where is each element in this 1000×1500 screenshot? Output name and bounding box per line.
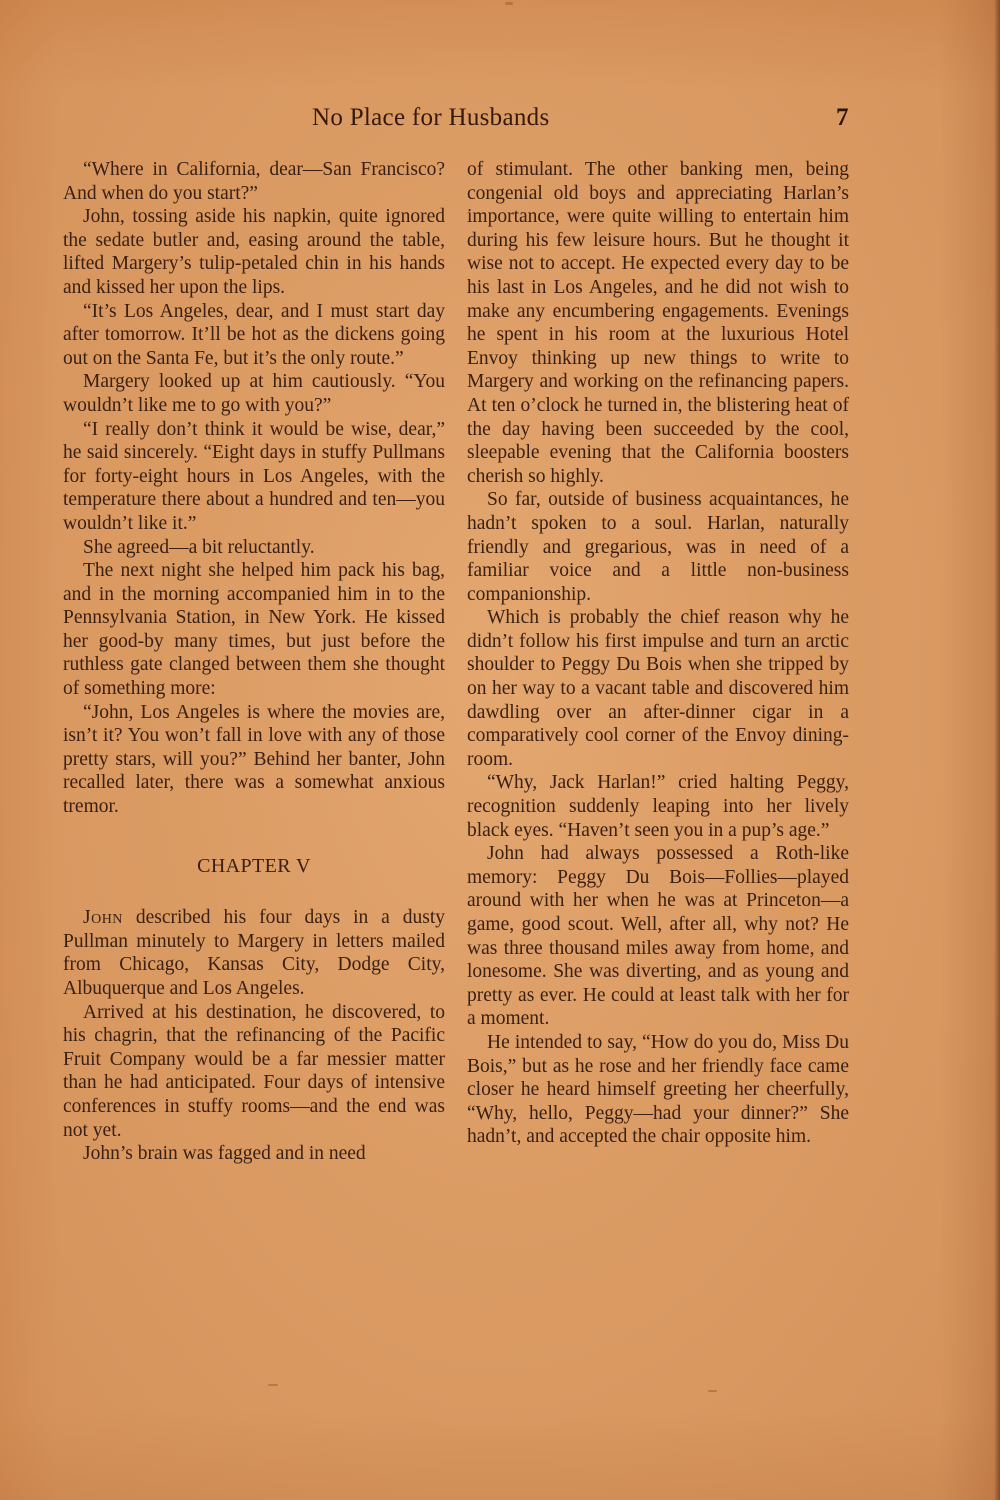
paper-speck [505, 2, 513, 5]
paragraph: “I really don’t think it would be wise, … [63, 418, 445, 536]
paragraph: John’s brain was fagged and in need [63, 1142, 445, 1166]
paragraph: Margery looked up at him cautiously. “Yo… [63, 370, 445, 417]
chapter-first-word: John [83, 907, 123, 928]
left-column: “Where in California, dear—San Francisco… [63, 158, 445, 1166]
running-title: No Place for Husbands [312, 104, 550, 132]
paragraph: John, tossing aside his napkin, quite ig… [63, 205, 445, 299]
chapter-opening-paragraph: John described his four days in a dusty … [63, 906, 445, 1000]
paragraph: Which is probably the chief reason why h… [467, 606, 849, 771]
paragraph: The next night she helped him pack his b… [63, 559, 445, 701]
paragraph: Arrived at his destination, he discovere… [63, 1001, 445, 1143]
paper-speck [268, 1384, 278, 1386]
page-number: 7 [836, 104, 849, 132]
chapter-heading: CHAPTER V [63, 855, 445, 879]
paragraph: John had always possessed a Roth-like me… [467, 842, 849, 1031]
paragraph: “John, Los Angeles is where the movies a… [63, 701, 445, 819]
page-edge-shadow [994, 0, 1000, 1500]
paragraph-continued: of stimulant. The other banking men, bei… [467, 158, 849, 488]
paper-speck [708, 1390, 717, 1392]
paragraph: “Where in California, dear—San Francisco… [63, 158, 445, 205]
right-column: of stimulant. The other banking men, bei… [467, 158, 849, 1149]
running-head: No Place for Husbands 7 [0, 104, 1000, 138]
paragraph: He intended to say, “How do you do, Miss… [467, 1031, 849, 1149]
paragraph: So far, outside of business acquaintance… [467, 488, 849, 606]
paragraph: “It’s Los Angeles, dear, and I must star… [63, 300, 445, 371]
paragraph: She agreed—a bit reluctantly. [63, 536, 445, 560]
paragraph: “Why, Jack Harlan!” cried halting Peggy,… [467, 771, 849, 842]
